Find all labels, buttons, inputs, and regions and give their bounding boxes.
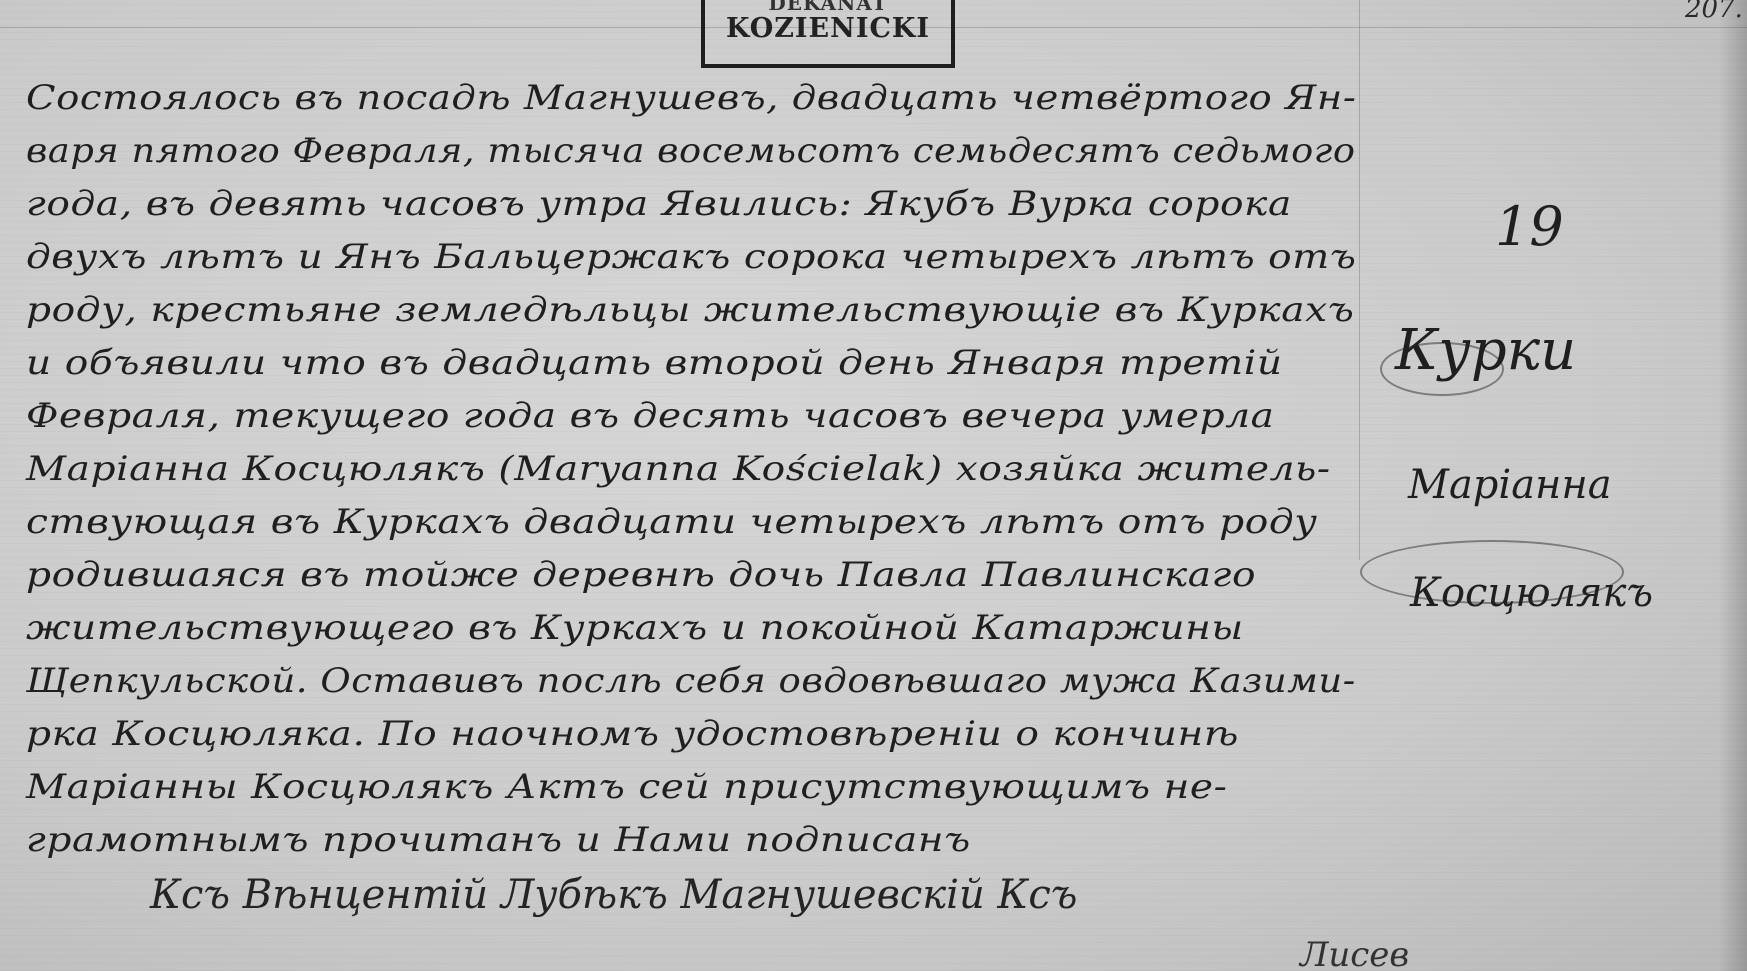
margin-deceased-surname: Косцюлякъ <box>1410 570 1653 616</box>
stamp-line-2: KOZIENICKI <box>705 14 951 44</box>
record-line: двухъ лѣтъ и Янъ Бальцержакъ сорока четы… <box>26 237 1356 277</box>
record-line: Маріанна Косцюлякъ (Maryanna Kościelak) … <box>26 449 1331 489</box>
archive-stamp: DEKANAT KOZIENICKI <box>701 0 955 68</box>
record-line: Состоялось въ посадѣ Магнушевъ, двадцать… <box>26 78 1356 118</box>
stamp-line-1: DEKANAT <box>705 0 951 14</box>
record-line: Маріанны Косцюлякъ Актъ сей присутствующ… <box>26 767 1227 807</box>
margin-village-name: Курки <box>1395 318 1576 383</box>
record-line: Щепкульской. Оставивъ послѣ себя овдовѣв… <box>26 661 1356 701</box>
record-line: ствующая въ Куркахъ двадцати четырехъ лѣ… <box>26 502 1317 542</box>
record-line: Февраля, текущего года въ десять часовъ … <box>26 396 1275 436</box>
next-record-fragment: Лисев <box>1300 935 1409 971</box>
margin-column-divider <box>1359 0 1360 560</box>
record-line: и объявили что въ двадцать второй день Я… <box>26 343 1283 383</box>
record-line: жительствующего въ Куркахъ и покойной Ка… <box>26 608 1244 648</box>
entry-number: 19 <box>1495 195 1564 258</box>
document-page: DEKANAT KOZIENICKI 207. Состоялось въ по… <box>0 0 1747 971</box>
record-line: родившаяся въ тойже деревнѣ дочь Павла П… <box>26 555 1256 595</box>
priest-signature: Ксъ Вѣнцентій Лубѣкъ Магнушевскій Ксъ <box>150 872 1077 918</box>
record-line: роду, крестьяне земледѣльцы жительствующ… <box>26 290 1354 330</box>
record-line: грамотнымъ прочитанъ и Нами подписанъ <box>26 820 971 860</box>
margin-deceased-first-name: Маріанна <box>1408 462 1612 508</box>
record-line: рка Косцюлякa. По наочномъ удостовѣреніи… <box>26 714 1239 754</box>
record-line: года, въ девять часовъ утра Явились: Яку… <box>26 184 1292 224</box>
record-line: варя пятого Февраля, тысяча восемьсотъ с… <box>26 131 1356 171</box>
folio-number: 207. <box>1685 0 1743 24</box>
page-edge-shadow <box>1719 0 1747 971</box>
